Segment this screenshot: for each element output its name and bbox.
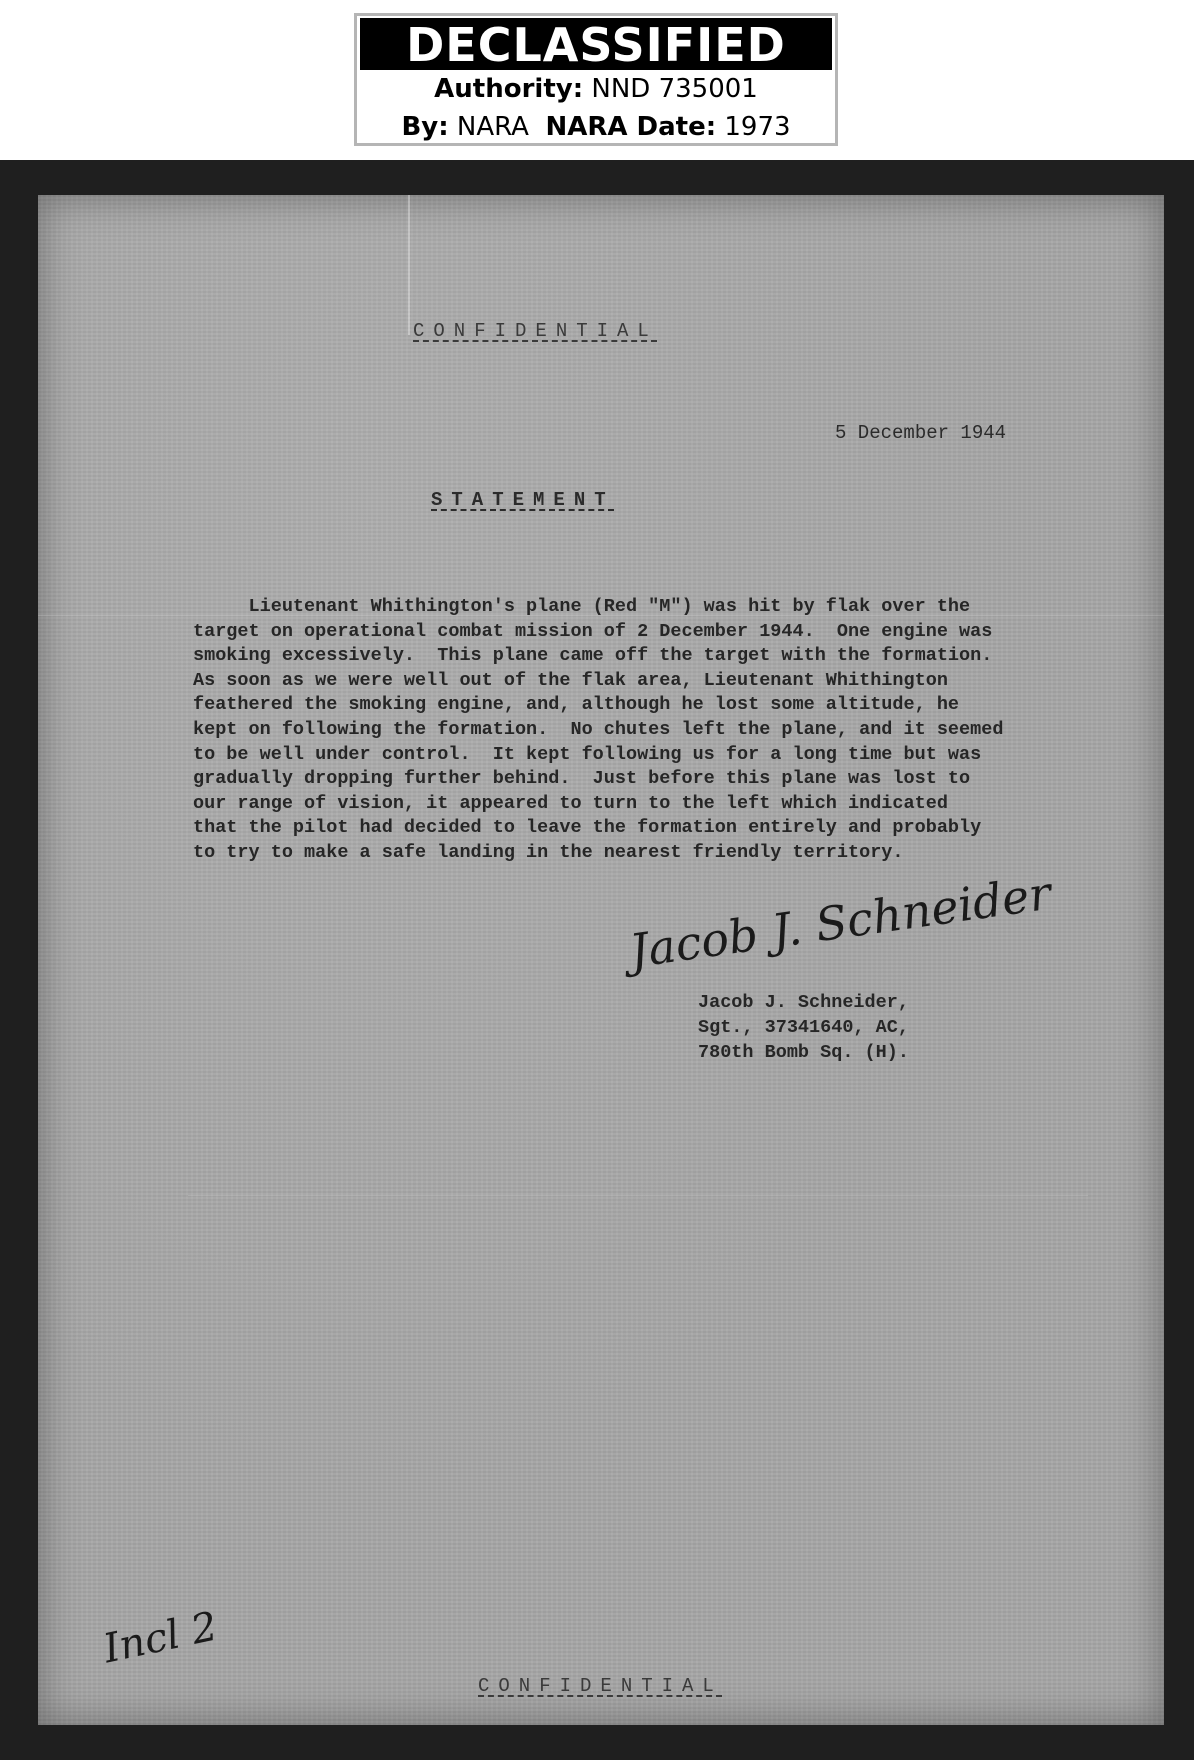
authority-value: NND 735001 bbox=[591, 74, 757, 104]
signer-name: Jacob J. Schneider, bbox=[698, 990, 909, 1015]
stamp-by-date: By: NARA NARA Date: 1973 bbox=[357, 108, 835, 146]
nara-date-label: NARA Date: bbox=[545, 112, 716, 142]
authority-label: Authority: bbox=[434, 74, 583, 104]
handwritten-enclosure-note: Incl 2 bbox=[99, 1604, 221, 1673]
body-line: that the pilot had decided to leave the … bbox=[193, 816, 1093, 841]
signer-unit: 780th Bomb Sq. (H). bbox=[698, 1040, 909, 1065]
body-line: feathered the smoking engine, and, altho… bbox=[193, 693, 1093, 718]
scanned-page: CONFIDENTIAL 5 December 1944 STATEMENT L… bbox=[0, 160, 1194, 1760]
body-line: our range of vision, it appeared to turn… bbox=[193, 792, 1093, 817]
paper-sheet: CONFIDENTIAL 5 December 1944 STATEMENT L… bbox=[38, 195, 1164, 1725]
body-line: to try to make a safe landing in the nea… bbox=[193, 841, 1093, 866]
nara-date-value: 1973 bbox=[724, 112, 790, 142]
declassified-stamp: DECLASSIFIED Authority: NND 735001 By: N… bbox=[354, 13, 838, 146]
classification-top: CONFIDENTIAL bbox=[413, 320, 658, 342]
body-line: gradually dropping further behind. Just … bbox=[193, 767, 1093, 792]
stamp-title: DECLASSIFIED bbox=[360, 18, 832, 70]
body-line: Lieutenant Whithington's plane (Red "M")… bbox=[193, 595, 1093, 620]
body-line: target on operational combat mission of … bbox=[193, 620, 1093, 645]
handwritten-signature: Jacob J. Schneider bbox=[626, 866, 1054, 979]
statement-body: Lieutenant Whithington's plane (Red "M")… bbox=[193, 595, 1093, 866]
document-date: 5 December 1944 bbox=[835, 422, 1006, 444]
by-label: By: bbox=[401, 112, 448, 142]
signature-block: Jacob J. Schneider, Sgt., 37341640, AC, … bbox=[698, 990, 909, 1065]
body-line: smoking excessively. This plane came off… bbox=[193, 644, 1093, 669]
document-title: STATEMENT bbox=[431, 489, 615, 511]
signer-rank-serial: Sgt., 37341640, AC, bbox=[698, 1015, 909, 1040]
by-value: NARA bbox=[457, 112, 529, 142]
classification-bottom: CONFIDENTIAL bbox=[478, 1675, 723, 1697]
body-line: As soon as we were well out of the flak … bbox=[193, 669, 1093, 694]
body-line: to be well under control. It kept follow… bbox=[193, 743, 1093, 768]
body-line: kept on following the formation. No chut… bbox=[193, 718, 1093, 743]
stamp-authority: Authority: NND 735001 bbox=[357, 70, 835, 108]
